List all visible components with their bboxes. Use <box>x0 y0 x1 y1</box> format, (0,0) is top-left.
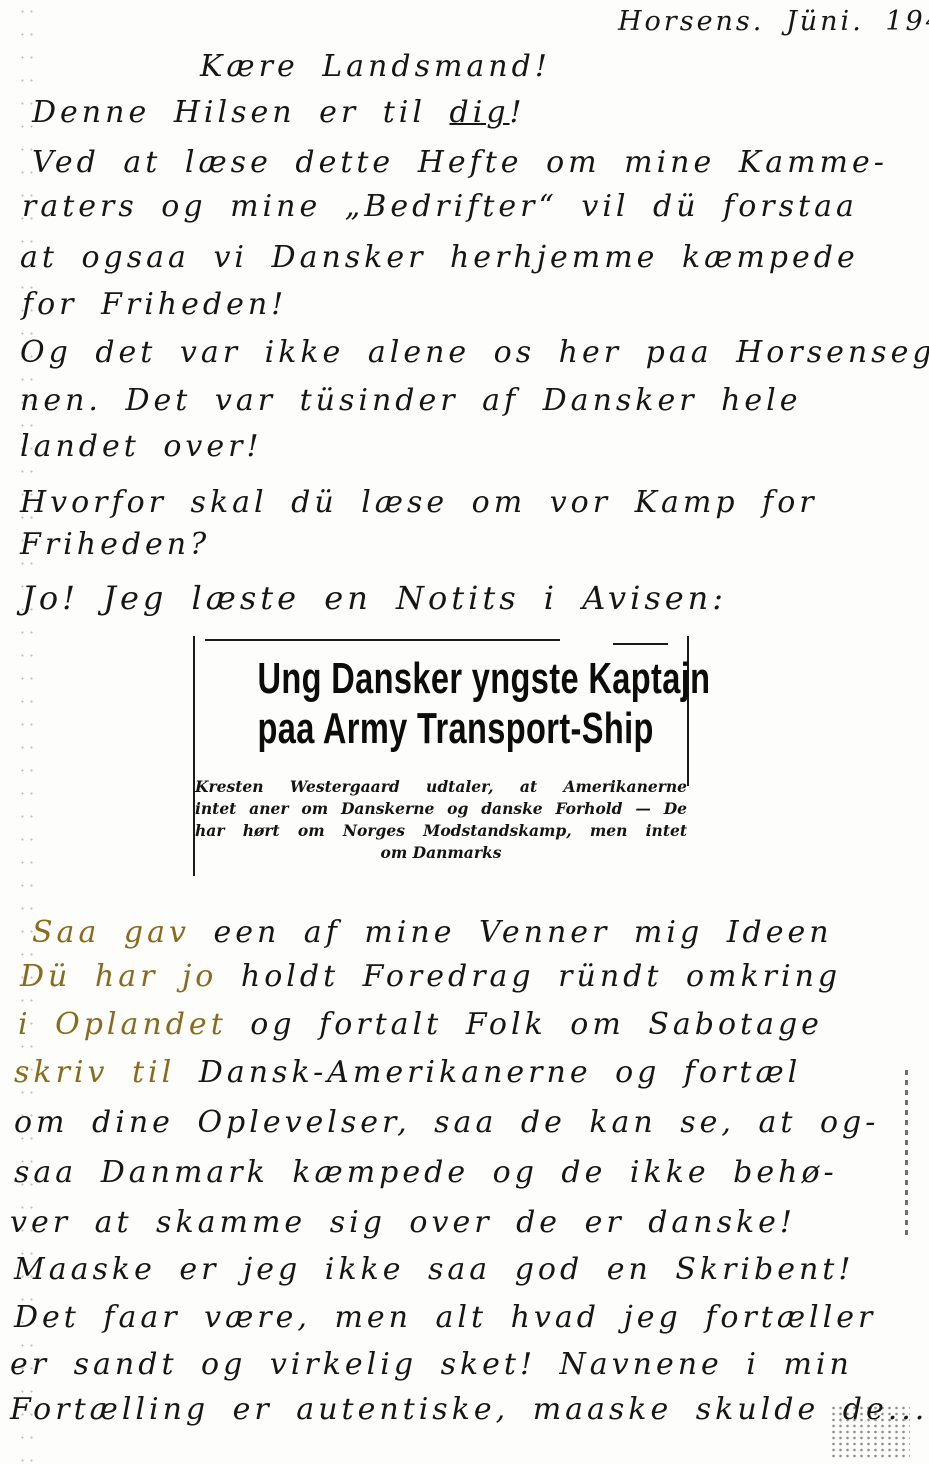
gold-ink-text: Dü har jo <box>20 959 217 994</box>
clipping-subhead: Kresten Westergaard udtaler, at Amerikan… <box>195 776 687 864</box>
letter-line-11: Jo! Jeg læste en Notits i Avisen: <box>22 582 727 614</box>
letter-line-text: een af mine Venner mig Ideen <box>190 915 833 950</box>
letter-line-text: Dansk-Amerikanerne og fortæl <box>175 1055 801 1090</box>
newspaper-clipping: Ung Dansker yngste Kaptajn paa Army Tran… <box>193 634 693 882</box>
clipping-subhead-line: Kresten Westergaard udtaler, at Amerikan… <box>195 776 687 798</box>
emphasized-word: dig <box>450 95 510 130</box>
letter-line-1: Denne Hilsen er til dig! <box>32 98 526 128</box>
letter-line-7: nen. Det var tüsinder af Dansker hele <box>20 386 802 416</box>
letter-line-22: Fortælling er autentiske, maaske skulde … <box>10 1395 928 1425</box>
letter-line-12: Saa gav een af mine Venner mig Ideen <box>32 918 833 948</box>
letter-line-18: ver at skamme sig over de er danske! <box>10 1208 796 1238</box>
letter-line-3: raters og mine „Bedrifter“ vil dü forsta… <box>22 192 858 222</box>
letter-line-10: Friheden? <box>20 530 210 560</box>
letter-line-13: Dü har jo holdt Foredrag ründt omkring <box>20 962 841 992</box>
greeting: Kære Landsmand! <box>200 52 551 82</box>
scan-edge-dashes <box>905 1070 908 1240</box>
letter-line-2: Ved at læse dette Hefte om mine Kamme- <box>32 148 888 178</box>
gold-ink-text: i Oplandet <box>18 1007 227 1042</box>
letter-line-16: om dine Oplevelser, saa de kan se, at og… <box>14 1108 879 1138</box>
letter-line-14: i Oplandet og fortalt Folk om Sabotage <box>18 1010 823 1040</box>
letter-line-6: Og det var ikke alene os her paa Horsens… <box>20 338 929 368</box>
letter-line-15: skriv til Dansk-Amerikanerne og fortæl <box>14 1058 801 1088</box>
letter-line-8: landet over! <box>20 432 263 462</box>
clipping-subhead-line: har hørt om Norges Modstandskamp, men in… <box>195 820 687 842</box>
scanned-letter-page: Horsens. Jüni. 1946. Kære Landsmand! Den… <box>0 0 929 1464</box>
letter-line-text: og fortalt Folk om Sabotage <box>227 1007 823 1042</box>
gold-ink-text: skriv til <box>14 1055 175 1090</box>
letter-line-21: er sandt og virkelig sket! Navnene i min <box>10 1350 853 1380</box>
letter-line-20: Det faar være, men alt hvad jeg fortælle… <box>14 1303 876 1333</box>
clipping-rule <box>205 639 560 641</box>
date-line: Horsens. Jüni. 1946. <box>618 8 929 35</box>
clipping-subhead-line: om Danmarks <box>195 842 687 864</box>
clipping-subhead-line: intet aner om Danskerne og danske Forhol… <box>195 798 687 820</box>
letter-line-4: at ogsaa vi Dansker herhjemme kæmpede <box>20 243 859 273</box>
clipping-headline-line-2: paa Army Transport-Ship <box>257 704 624 754</box>
clipping-rule <box>613 643 668 645</box>
letter-line-text: Denne Hilsen er til dig! <box>32 95 526 130</box>
letter-line-5: for Friheden! <box>22 290 287 320</box>
letter-line-17: saa Danmark kæmpede og de ikke behø- <box>14 1158 838 1188</box>
letter-line-text: holdt Foredrag ründt omkring <box>217 959 841 994</box>
letter-line-19: Maaske er jeg ikke saa god en Skribent! <box>14 1255 854 1285</box>
gold-ink-text: Saa gav <box>32 915 190 950</box>
letter-line-9: Hvorfor skal dü læse om vor Kamp for <box>20 488 818 518</box>
clipping-headline-line-1: Ung Dansker yngste Kaptajn <box>257 654 624 704</box>
